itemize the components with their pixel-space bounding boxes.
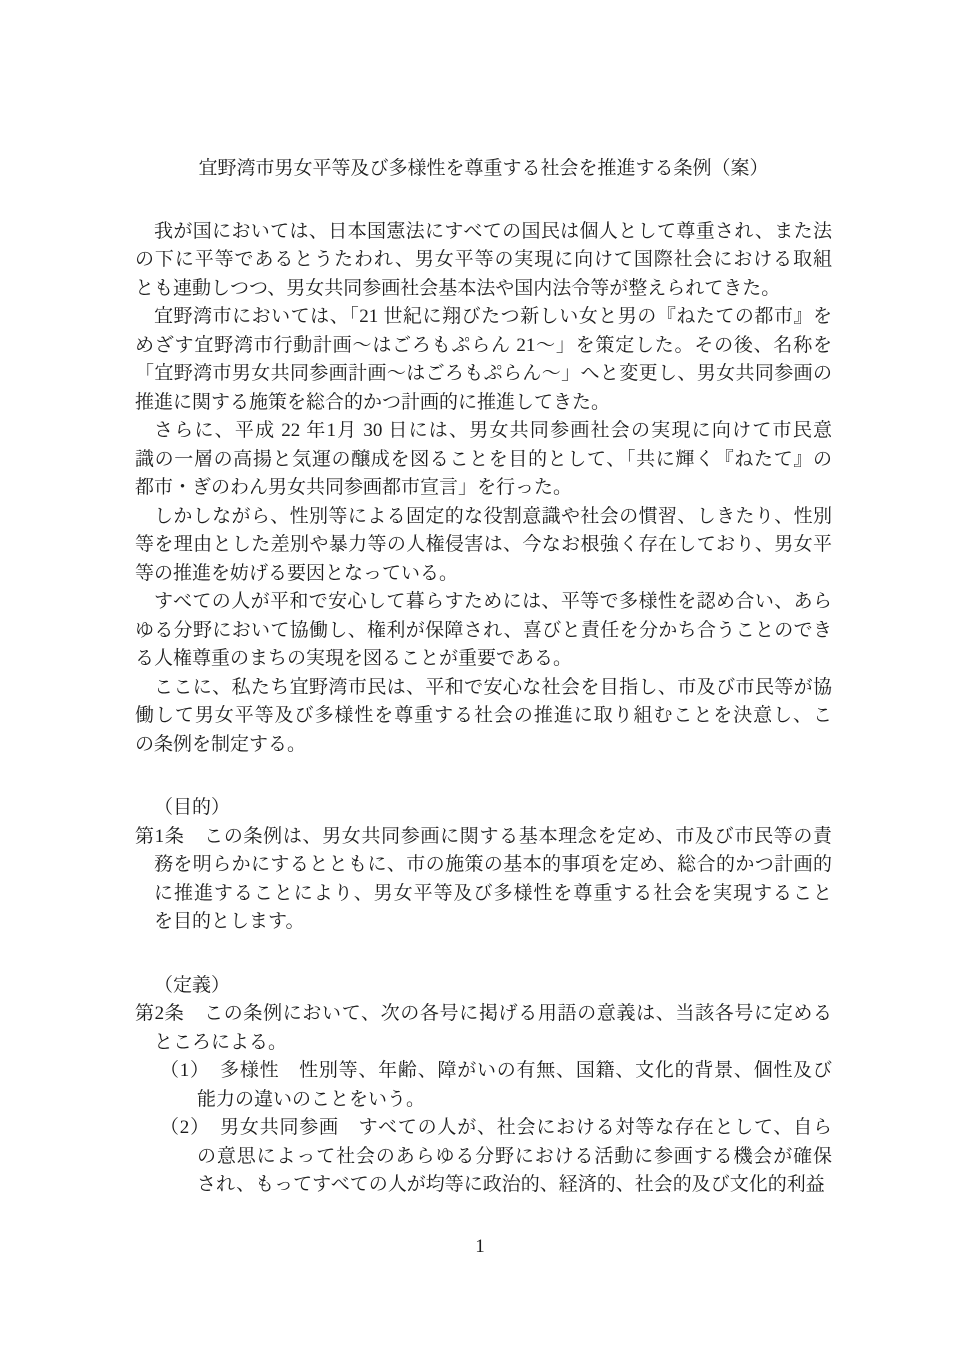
text-line: に推進することにより、男女平等及び多様性を尊重する社会を実現すること	[135, 880, 832, 909]
text-line: ゆる分野において協働し、権利が保障され、喜びと責任を分かち合うことのでき	[135, 617, 832, 646]
preamble-paragraph: 我が国においては、日本国憲法にすべての国民は個人として尊重され、また法の下に平等…	[135, 218, 832, 304]
text-line: ここに、私たち宜野湾市民は、平和で安心な社会を目指し、市及び市民等が協	[135, 674, 832, 703]
page-number: 1	[0, 1233, 960, 1261]
item-clause: （1） 多様性 性別等、年齢、障がいの有無、国籍、文化的背景、個性及び能力の違い…	[135, 1057, 832, 1114]
text-line: （目的）	[135, 794, 832, 823]
document-content: 宜野湾市男女平等及び多様性を尊重する社会を推進する条例（案） 我が国においては、…	[135, 155, 832, 1200]
preamble-paragraph: さらに、平成 22 年1月 30 日には、男女共同参画社会の実現に向けて市民意識…	[135, 417, 832, 503]
text-line: （1） 多様性 性別等、年齢、障がいの有無、国籍、文化的背景、個性及び	[135, 1057, 832, 1086]
text-line: さらに、平成 22 年1月 30 日には、男女共同参画社会の実現に向けて市民意	[135, 417, 832, 446]
text-line: 宜野湾市においては、「21 世紀に翔びたつ新しい女と男の『ねたての都市』を	[135, 303, 832, 332]
text-line: 務を明らかにするとともに、市の施策の基本的事項を定め、総合的かつ計画的	[135, 851, 832, 880]
text-line: めざす宜野湾市行動計画～はごろもぷらん 21～」を策定した。その後、名称を	[135, 332, 832, 361]
text-line: 等の推進を妨げる要因となっている。	[135, 560, 832, 589]
document-title: 宜野湾市男女平等及び多様性を尊重する社会を推進する条例（案）	[135, 155, 832, 184]
text-line: 働して男女平等及び多様性を尊重する社会の推進に取り組むことを決意し、こ	[135, 702, 832, 731]
text-line: （定義）	[135, 972, 832, 1001]
section-heading: （定義）	[135, 972, 832, 1001]
text-line: 第2条 この条例において、次の各号に掲げる用語の意義は、当該各号に定める	[135, 1000, 832, 1029]
text-line: 識の一層の高揚と気運の醸成を図ることを目的として、「共に輝く『ねたて』の	[135, 446, 832, 475]
text-line: され、もってすべての人が均等に政治的、経済的、社会的及び文化的利益	[135, 1171, 832, 1200]
article-clause: 第2条 この条例において、次の各号に掲げる用語の意義は、当該各号に定めるところに…	[135, 1000, 832, 1057]
text-line: る人権尊重のまちの実現を図ることが重要である。	[135, 645, 832, 674]
preamble-paragraph: しかしながら、性別等による固定的な役割意識や社会の慣習、しきたり、性別等を理由と…	[135, 503, 832, 589]
text-line: を目的とします。	[135, 908, 832, 937]
article-clause: 第1条 この条例は、男女共同参画に関する基本理念を定め、市及び市民等の責務を明ら…	[135, 823, 832, 937]
text-line: しかしながら、性別等による固定的な役割意識や社会の慣習、しきたり、性別	[135, 503, 832, 532]
text-line: 推進に関する施策を総合的かつ計画的に推進してきた。	[135, 389, 832, 418]
text-line: 第1条 この条例は、男女共同参画に関する基本理念を定め、市及び市民等の責	[135, 823, 832, 852]
text-line: すべての人が平和で安心して暮らすためには、平等で多様性を認め合い、あら	[135, 588, 832, 617]
document-body: 我が国においては、日本国憲法にすべての国民は個人として尊重され、また法の下に平等…	[135, 218, 832, 1200]
text-line: 能力の違いのことをいう。	[135, 1086, 832, 1115]
document-page: 宜野湾市男女平等及び多様性を尊重する社会を推進する条例（案） 我が国においては、…	[0, 0, 960, 1357]
text-line: の意思によって社会のあらゆる分野における活動に参画する機会が確保	[135, 1143, 832, 1172]
text-line: の下に平等であるとうたわれ、男女平等の実現に向けて国際社会における取組	[135, 246, 832, 275]
text-line: とも連動しつつ、男女共同参画社会基本法や国内法令等が整えられてきた。	[135, 275, 832, 304]
text-line: ところによる。	[135, 1029, 832, 1058]
text-line: 「宜野湾市男女共同参画計画～はごろもぷらん～」へと変更し、男女共同参画の	[135, 360, 832, 389]
preamble-paragraph: ここに、私たち宜野湾市民は、平和で安心な社会を目指し、市及び市民等が協働して男女…	[135, 674, 832, 760]
text-line: 我が国においては、日本国憲法にすべての国民は個人として尊重され、また法	[135, 218, 832, 247]
preamble-paragraph: すべての人が平和で安心して暮らすためには、平等で多様性を認め合い、あらゆる分野に…	[135, 588, 832, 674]
text-line: の条例を制定する。	[135, 731, 832, 760]
text-line: （2） 男女共同参画 すべての人が、社会における対等な存在として、自ら	[135, 1114, 832, 1143]
item-clause: （2） 男女共同参画 すべての人が、社会における対等な存在として、自らの意思によ…	[135, 1114, 832, 1200]
section-heading: （目的）	[135, 794, 832, 823]
text-line: 等を理由とした差別や暴力等の人権侵害は、今なお根強く存在しており、男女平	[135, 531, 832, 560]
preamble-paragraph: 宜野湾市においては、「21 世紀に翔びたつ新しい女と男の『ねたての都市』をめざす…	[135, 303, 832, 417]
text-line: 都市・ぎのわん男女共同参画都市宣言」を行った。	[135, 474, 832, 503]
